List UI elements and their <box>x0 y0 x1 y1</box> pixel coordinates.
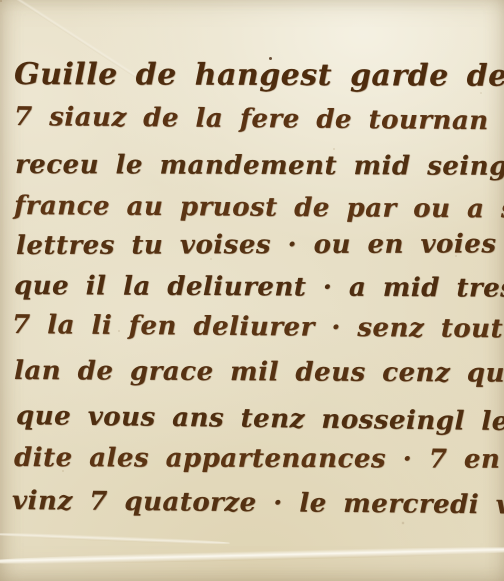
parchment-page: Guille de hangest garde de la pru 7 siau… <box>0 0 504 581</box>
manuscript-line-9: que vous ans tenz nosseingl le contr <box>16 403 504 436</box>
manuscript-line-5: lettres tu voises · ou en voies · tanto <box>16 231 504 259</box>
manuscript-line-3: receu le mandement mid seingneur le <box>15 152 504 180</box>
parchment-fold-crease <box>0 545 504 567</box>
manuscript-line-8: lan de grace mil deus cenz quatre v <box>14 358 504 387</box>
manuscript-line-4: france au pruost de par ou a son lie <box>14 193 504 223</box>
manuscript-line-10: dite ales appartenances · 7 en obeissiez… <box>14 445 504 474</box>
parchment-crease-bottom-left <box>0 531 230 545</box>
parchment-speckles <box>0 0 2 2</box>
manuscript-line-1: Guille de hangest garde de la pru <box>14 60 504 92</box>
manuscript-line-7: 7 la li fen deliurer · senz tout empees <box>12 312 504 343</box>
manuscript-line-2: 7 siauz de la fere de tournan 7 es <box>14 104 504 135</box>
manuscript-line-6: que il la deliurent · a mid treschier <box>14 273 504 302</box>
manuscript-line-11: vinz 7 quatorze · le mercredi veille ·S·… <box>12 488 504 520</box>
